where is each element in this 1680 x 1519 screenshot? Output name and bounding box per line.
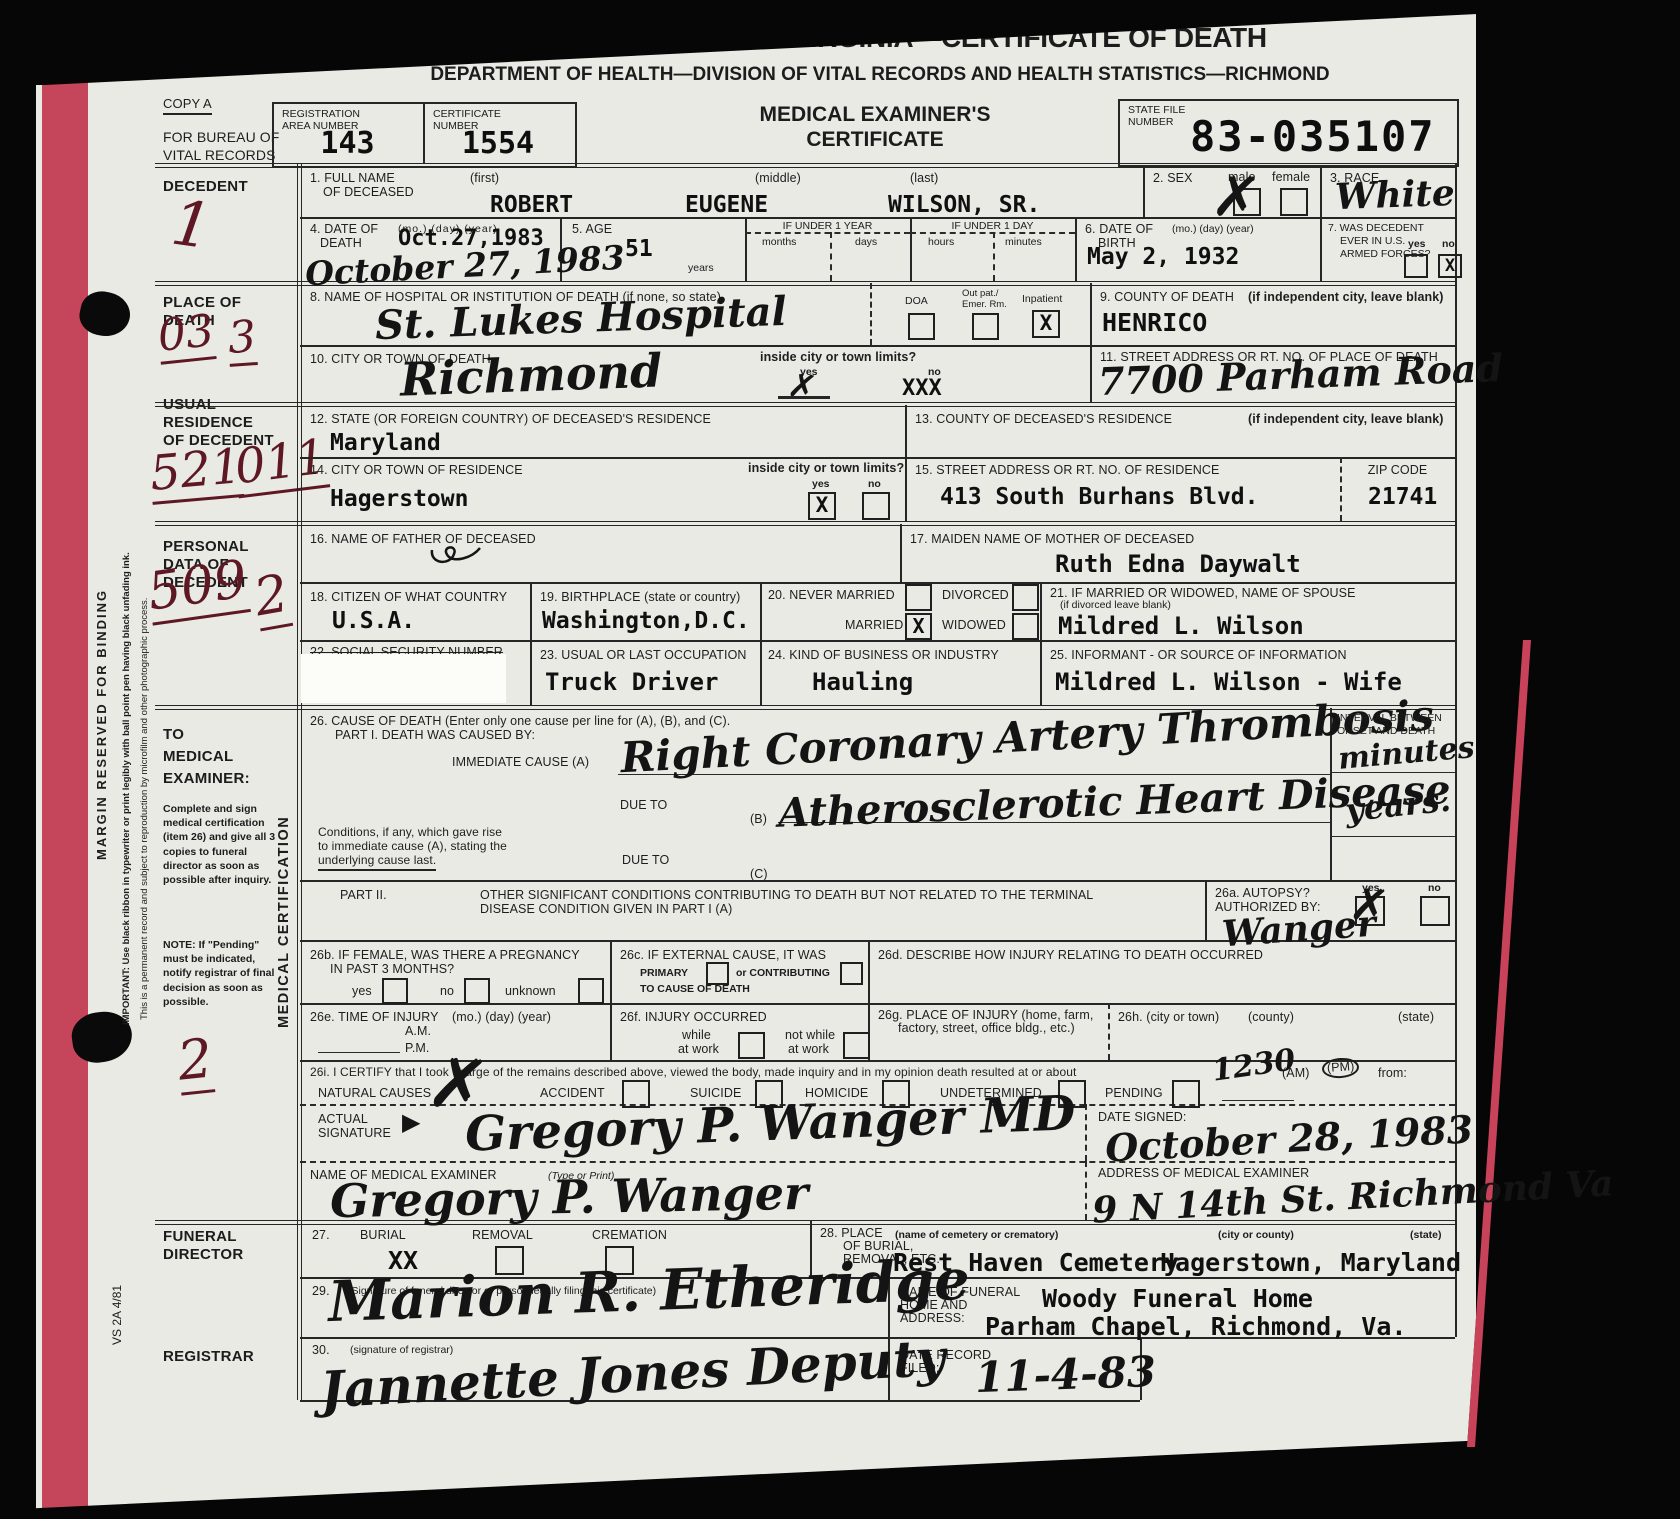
- me-certificate-line1: MEDICAL EXAMINER'S: [725, 103, 1025, 127]
- handwritten-x-male: ✗: [1209, 166, 1263, 229]
- field-12-label: 12. STATE (OR FOREIGN COUNTRY) OF DECEAS…: [310, 412, 711, 426]
- medical-certification-label: MEDICAL CERTIFICATION: [276, 762, 292, 1028]
- field-26f-not-2: at work: [788, 1042, 829, 1056]
- rule: [300, 457, 1455, 459]
- red-ink-place-a: 03: [155, 305, 216, 365]
- margin-important-text: IMPORTANT: Use black ribbon in typewrite…: [121, 355, 132, 1025]
- state-file-label-1: STATE FILE: [1128, 104, 1185, 116]
- rule: [1330, 836, 1455, 837]
- field-7-no-label: no: [1442, 238, 1455, 250]
- field-13-label: 13. COUNTY OF DECEASED'S RESIDENCE: [915, 412, 1172, 426]
- part2-text-2: DISEASE CONDITION GIVEN IN PART I (A): [480, 902, 732, 916]
- sidebar-funeral-1: FUNERAL: [163, 1228, 237, 1245]
- field-26f-while-2: at work: [678, 1042, 719, 1056]
- checkbox-divorced: [1012, 584, 1039, 611]
- rule: [1085, 1104, 1087, 1161]
- due-to-b-label: DUE TO: [620, 798, 667, 812]
- field-13-note: (if independent city, leave blank): [1248, 412, 1444, 426]
- field-26i-certify-text: 26i. I CERTIFY that I took charge of the…: [310, 1066, 1076, 1079]
- field-10-no-mark: XXX: [902, 376, 942, 401]
- checkbox-pending: [1172, 1080, 1200, 1108]
- field-26b-no-label: no: [440, 984, 454, 998]
- field-26e-sublabels: (mo.) (day) (year): [452, 1010, 551, 1024]
- rule: [868, 940, 870, 1003]
- checkbox-doa: [908, 313, 935, 340]
- field-21-note: (if divorced leave blank): [1060, 599, 1171, 611]
- field-23-value: Truck Driver: [545, 668, 718, 696]
- field-14-no-label: no: [868, 478, 881, 490]
- under-1-year-days: days: [855, 236, 877, 248]
- under-1-year-label: IF UNDER 1 YEAR: [745, 220, 910, 232]
- city-county-sublabel: (city or county): [1218, 1229, 1294, 1241]
- field-10-limits-label: inside city or town limits?: [760, 350, 916, 364]
- funeral-home-value-1: Woody Funeral Home: [1042, 1284, 1313, 1313]
- field-21-label: 21. IF MARRIED OR WIDOWED, NAME OF SPOUS…: [1050, 586, 1356, 600]
- rule: [318, 1052, 400, 1053]
- cemetery-sublabel: (name of cemetery or crematory): [895, 1229, 1058, 1241]
- removal-label: REMOVAL: [472, 1228, 533, 1242]
- field-4-label-1: 4. DATE OF: [310, 222, 378, 236]
- me-name-value: Gregory P. Wanger: [330, 1166, 809, 1228]
- under-1-day-label: IF UNDER 1 DAY: [910, 220, 1075, 232]
- checkbox-pregnancy-yes: [382, 978, 408, 1004]
- date-filed-value: 11-4-83: [974, 1347, 1157, 1402]
- field-1-middle-label: (middle): [755, 171, 801, 185]
- copy-a-label: COPY A: [163, 97, 212, 115]
- field-27-number: 27.: [312, 1228, 330, 1242]
- checkbox-pregnancy-no: [464, 978, 490, 1004]
- immediate-cause-label: IMMEDIATE CAUSE (A): [452, 755, 589, 769]
- field-26c-label-1: 26c. IF EXTERNAL CAUSE, IT WAS: [620, 948, 826, 962]
- checkbox-widowed: [1012, 613, 1039, 640]
- field-9-value: HENRICO: [1102, 308, 1207, 337]
- actual-signature-label-1: ACTUAL: [318, 1112, 368, 1126]
- pending-label: PENDING: [1105, 1086, 1163, 1100]
- field-26f-label: 26f. INJURY OCCURRED: [620, 1010, 767, 1024]
- field-9-label: 9. COUNTY OF DEATH: [1100, 290, 1234, 304]
- checkbox-never-married: [905, 584, 932, 611]
- part2-text-1: OTHER SIGNIFICANT CONDITIONS CONTRIBUTIN…: [480, 888, 1093, 902]
- pen-scribble: [428, 542, 484, 568]
- field-26h-city-label: 26h. (city or town): [1118, 1010, 1219, 1024]
- field-26e-am: A.M.: [405, 1024, 431, 1038]
- field-16-label: 16. NAME OF FATHER OF DECEASED: [310, 532, 536, 546]
- rule: [900, 524, 902, 582]
- field-20-widowed-label: WIDOWED: [942, 618, 1006, 632]
- handwritten-x-limits-yes: ✗: [785, 368, 819, 406]
- field-26-label-1: 26. CAUSE OF DEATH (Enter only one cause…: [310, 714, 730, 728]
- field-1-middle-value: EUGENE: [685, 192, 768, 218]
- rule: [300, 217, 1455, 219]
- field-19-label: 19. BIRTHPLACE (state or country): [540, 590, 740, 604]
- field-12-value: Maryland: [330, 430, 441, 456]
- rule: [1222, 1100, 1294, 1101]
- red-ink-residence-a: 521: [148, 438, 244, 505]
- field-17-label: 17. MAIDEN NAME OF MOTHER OF DECEASED: [910, 532, 1194, 546]
- checkbox-res-limits-no: [862, 492, 890, 520]
- checkbox-sex-female: [1280, 188, 1308, 216]
- rule: [610, 940, 612, 1003]
- field-7-yes-label: yes: [1408, 238, 1426, 250]
- field-10-value: Richmond: [399, 343, 663, 406]
- rule: [1085, 1161, 1087, 1220]
- sidebar-residence-2: RESIDENCE: [163, 414, 253, 431]
- field-21-value: Mildred L. Wilson: [1058, 612, 1304, 640]
- field-26f-while-1: while: [682, 1028, 711, 1042]
- checkbox-armed-forces-yes: [1404, 254, 1428, 278]
- redaction-box: [301, 654, 506, 703]
- field-23-label: 23. USUAL OR LAST OCCUPATION: [540, 648, 747, 662]
- natural-causes-label: NATURAL CAUSES: [318, 1086, 431, 1100]
- field-26h-county-label: (county): [1248, 1010, 1294, 1024]
- signature-arrow-icon: ▶: [402, 1108, 420, 1137]
- field-26c-primary-label: PRIMARY: [640, 967, 688, 979]
- state-file-label-2: NUMBER: [1128, 116, 1174, 128]
- checkbox-inpatient: X: [1032, 310, 1060, 338]
- margin-permanent-text: This is a permanent record and subject t…: [139, 390, 150, 1020]
- rule: [745, 232, 910, 234]
- checkbox-pregnancy-unknown: [578, 978, 604, 1004]
- rule: [300, 640, 1455, 642]
- rule: [155, 521, 1455, 526]
- sidebar-tome-2: MEDICAL: [163, 748, 233, 765]
- field-15-value: 413 South Burhans Blvd.: [940, 484, 1259, 510]
- field-26g-label-2: factory, street, office bldg., etc.): [898, 1021, 1075, 1035]
- field-26-label-2: PART I. DEATH WAS CAUSED BY:: [335, 728, 535, 742]
- conditions-label-1: Conditions, if any, which gave rise: [318, 826, 502, 839]
- outpat-line2: Emer. Rm.: [962, 299, 1007, 310]
- inpatient-label: Inpatient: [1022, 293, 1062, 305]
- me-certificate-line2: CERTIFICATE: [725, 128, 1025, 152]
- checkbox-autopsy-no: [1420, 896, 1450, 926]
- field-1-label-2: OF DECEASED: [323, 185, 414, 199]
- rule: [1320, 217, 1322, 281]
- funeral-home-value-2: Parham Chapel, Richmond, Va.: [985, 1312, 1406, 1341]
- field-26f-not-1: not while: [785, 1028, 835, 1042]
- field-26b-label-2: IN PAST 3 MONTHS?: [330, 962, 454, 976]
- field-26b-label-1: 26b. IF FEMALE, WAS THERE A PREGNANCY: [310, 948, 580, 962]
- rule: [1143, 166, 1145, 217]
- cremation-label: CREMATION: [592, 1228, 667, 1242]
- sidebar-tome-3: EXAMINER:: [163, 770, 250, 787]
- field-30-number: 30.: [312, 1343, 330, 1357]
- under-1-day-minutes: minutes: [1005, 236, 1042, 248]
- rule: [1075, 217, 1077, 281]
- due-to-c-label: DUE TO: [622, 853, 669, 867]
- field-26d-label: 26d. DESCRIBE HOW INJURY RELATING TO DEA…: [878, 948, 1263, 962]
- binding-stripe: [42, 0, 88, 1519]
- field-3-value: White: [1334, 172, 1455, 218]
- field-14-yes-label: yes: [812, 478, 830, 490]
- red-ink-me: 2: [175, 1026, 216, 1095]
- form-code: VS 2A 4/81: [110, 1225, 124, 1345]
- field-24-value: Hauling: [812, 668, 913, 696]
- zip-value: 21741: [1368, 484, 1437, 510]
- rule: [1108, 1003, 1110, 1060]
- field-4-label-2: DEATH: [320, 236, 362, 250]
- sidebar-note-1: Complete and sign medical certification …: [163, 802, 285, 887]
- checkbox-outpatient: [972, 313, 999, 340]
- field-18-label: 18. CITIZEN OF WHAT COUNTRY: [310, 590, 507, 604]
- field-26a-no-label: no: [1428, 882, 1441, 894]
- checkbox-primary: [706, 962, 729, 985]
- field-20-married-label: MARRIED: [845, 618, 903, 632]
- field-1-last-value: WILSON, SR.: [888, 192, 1040, 218]
- field-5-value: 51: [625, 236, 653, 262]
- field-26e-label: 26e. TIME OF INJURY: [310, 1010, 439, 1024]
- rule: [530, 582, 532, 640]
- checkbox-married: X: [905, 613, 932, 640]
- rule: [1040, 582, 1042, 640]
- rule: [300, 880, 1455, 882]
- field-25-label: 25. INFORMANT - OR SOURCE OF INFORMATION: [1050, 648, 1347, 662]
- field-26c-label-2: TO CAUSE OF DEATH: [640, 983, 750, 995]
- rule: [905, 405, 907, 457]
- outpat-label: Out pat./Emer. Rm.: [962, 288, 1007, 311]
- rule: [1040, 640, 1042, 705]
- c-label: (C): [750, 867, 768, 881]
- rule: [530, 640, 532, 705]
- rule: [1205, 880, 1207, 940]
- field-14-limits-label: inside city or town limits?: [748, 461, 904, 475]
- bureau-line2: VITAL RECORDS: [163, 148, 276, 164]
- field-24-label: 24. KIND OF BUSINESS OR INDUSTRY: [768, 648, 999, 662]
- interval-label-1: INTERVAL BETWEEN: [1337, 712, 1442, 724]
- accident-label: ACCIDENT: [540, 1086, 605, 1100]
- field-26c-contributing-label: or CONTRIBUTING: [736, 967, 830, 979]
- field-1-label-1: 1. FULL NAME: [310, 171, 395, 185]
- field-26b-unknown-label: unknown: [505, 984, 556, 998]
- rule: [870, 283, 872, 345]
- state-sublabel: (state): [1410, 1229, 1442, 1241]
- field-1-last-label: (last): [910, 171, 938, 185]
- field-6-sublabels: (mo.) (day) (year): [1172, 223, 1254, 235]
- sidebar-registrar: REGISTRAR: [163, 1348, 254, 1365]
- rule: [300, 582, 1455, 584]
- under-1-day-hours: hours: [928, 236, 954, 248]
- doa-label: DOA: [905, 295, 928, 307]
- outpat-line1: Out pat./: [962, 288, 998, 299]
- registration-value: 143: [272, 126, 423, 161]
- rule: [760, 582, 762, 640]
- b-label: (B): [750, 812, 767, 826]
- checkbox-not-while-at-work: [843, 1032, 870, 1059]
- registration-label-1: REGISTRATION: [282, 108, 360, 120]
- rule: [1090, 283, 1092, 345]
- field-5-label: 5. AGE: [572, 222, 612, 236]
- actual-signature-label-2: SIGNATURE: [318, 1126, 391, 1140]
- field-1-first-label: (first): [470, 171, 499, 185]
- field-6-label-1: 6. DATE OF: [1085, 222, 1153, 236]
- rule: [297, 163, 302, 1400]
- zip-label: ZIP CODE: [1340, 463, 1455, 477]
- field-26g-label-1: 26g. PLACE OF INJURY (home, farm,: [878, 1008, 1093, 1022]
- sidebar-tome-1: TO: [163, 726, 184, 743]
- state-file-value: 83-035107: [1190, 112, 1436, 161]
- checkbox-contributing: [840, 962, 863, 985]
- field-26i-from-label: from:: [1378, 1066, 1407, 1080]
- field-28-label-1: 28. PLACE: [820, 1226, 883, 1240]
- part2-label: PART II.: [340, 888, 387, 902]
- sidebar-note-2: NOTE: If "Pending" must be indicated, no…: [163, 938, 283, 1009]
- field-6-value: May 2, 1932: [1087, 244, 1239, 270]
- field-19-value: Washington,D.C.: [542, 608, 750, 634]
- under-1-year-months: months: [762, 236, 796, 248]
- page-subtitle: DEPARTMENT OF HEALTH—DIVISION OF VITAL R…: [300, 64, 1460, 86]
- field-14-label: 14. CITY OR TOWN OF RESIDENCE: [310, 463, 523, 477]
- cemetery-city-value: Hagerstown, Maryland: [1160, 1248, 1461, 1277]
- rule: [1320, 166, 1322, 217]
- field-5-years-label: years: [688, 262, 714, 274]
- field-26h-state-label: (state): [1398, 1010, 1434, 1024]
- rule: [905, 457, 907, 521]
- field-26i-am-label: (AM): [1282, 1066, 1309, 1080]
- burial-label: BURIAL: [360, 1228, 406, 1242]
- rule: [760, 640, 762, 705]
- red-ink-place-b: 3: [226, 311, 258, 367]
- rule: [1090, 345, 1092, 402]
- certificate-number-label-1: CERTIFICATE: [433, 108, 501, 120]
- conditions-label-2: to immediate cause (A), stating the: [318, 840, 507, 853]
- field-17-value: Ruth Edna Daywalt: [1055, 550, 1301, 578]
- checkbox-res-limits-yes: X: [808, 492, 836, 520]
- field-20-divorced-label: DIVORCED: [942, 588, 1009, 602]
- sidebar-funeral-2: DIRECTOR: [163, 1246, 243, 1263]
- bureau-line1: FOR BUREAU OF: [163, 130, 279, 146]
- field-18-value: U.S.A.: [332, 608, 415, 634]
- field-25-value: Mildred L. Wilson - Wife: [1055, 668, 1402, 696]
- field-9-note: (if independent city, leave blank): [1248, 290, 1444, 304]
- field-7-label-1: 7. WAS DECEDENT: [1328, 222, 1424, 234]
- field-15-label: 15. STREET ADDRESS OR RT. NO. OF RESIDEN…: [915, 463, 1220, 477]
- conditions-label-3: underlying cause last.: [318, 854, 436, 871]
- page-title: COMMONWEALTH OF VIRGINIA—CERTIFICATE OF …: [300, 22, 1460, 54]
- checkbox-armed-forces-no: X: [1438, 254, 1462, 278]
- rule: [778, 396, 830, 399]
- field-26a-label-1: 26a. AUTOPSY?: [1215, 886, 1310, 900]
- field-2-female-label: female: [1272, 170, 1310, 184]
- field-26b-yes-label: yes: [352, 984, 372, 998]
- field-20-never-label: 20. NEVER MARRIED: [768, 588, 895, 602]
- field-1-first-value: ROBERT: [490, 192, 573, 218]
- field-7-label-2: EVER IN U.S.: [1340, 235, 1405, 247]
- margin-binding-text: MARGIN RESERVED FOR BINDING: [94, 430, 109, 860]
- field-14-value: Hagerstown: [330, 486, 468, 512]
- field-2-label: 2. SEX: [1153, 171, 1193, 185]
- certificate-number-value: 1554: [423, 126, 573, 161]
- rule: [830, 232, 832, 281]
- rule: [993, 232, 995, 281]
- field-26e-pm: P.M.: [405, 1041, 430, 1055]
- checkbox-while-at-work: [738, 1032, 765, 1059]
- rule: [610, 1003, 612, 1060]
